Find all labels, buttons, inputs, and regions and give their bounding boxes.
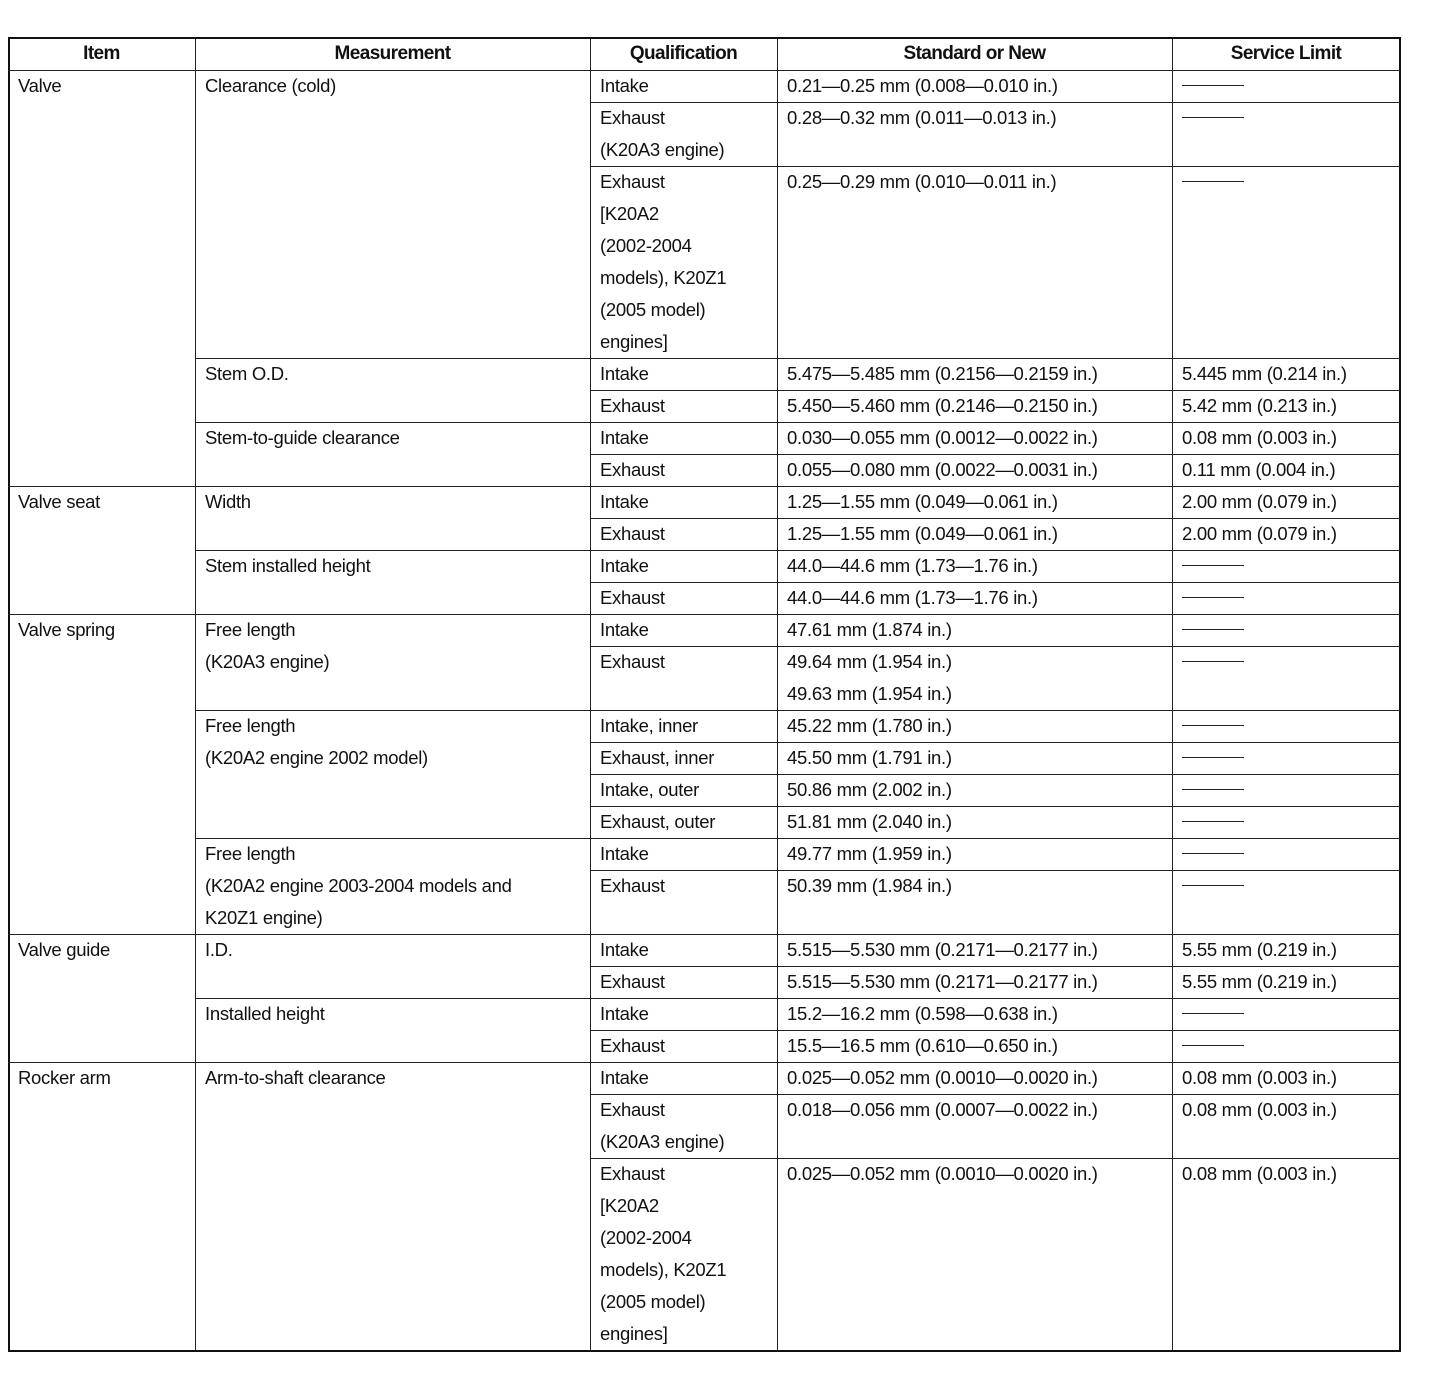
qualification-cell: Intake [590, 614, 777, 646]
qualification-cell: Exhaust [590, 518, 777, 550]
item-cell: Valve guide [8, 934, 195, 1062]
qualification-cell: Intake [590, 998, 777, 1030]
qualification-cell: Exhaust, inner [590, 742, 777, 774]
service-limit-cell [1172, 582, 1400, 614]
qualification-cell: Intake [590, 1062, 777, 1094]
qualification-cell: Intake [590, 422, 777, 454]
qualification-cell: Intake [590, 70, 777, 102]
standard-value-cell: 15.5—16.5 mm (0.610—0.650 in.) [777, 1030, 1172, 1062]
qualification-cell: Intake [590, 486, 777, 518]
service-limit-cell [1172, 742, 1400, 774]
measurement-cell: Clearance (cold) [195, 70, 590, 358]
qualification-cell: Exhaust, outer [590, 806, 777, 838]
header-qualification: Qualification [590, 39, 777, 70]
service-limit-cell [1172, 1030, 1400, 1062]
qualification-cell: Exhaust [590, 966, 777, 998]
standard-value-cell: 50.86 mm (2.002 in.) [777, 774, 1172, 806]
measurement-cell: Arm-to-shaft clearance [195, 1062, 590, 1350]
standard-value-cell: 0.025—0.052 mm (0.0010—0.0020 in.) [777, 1158, 1172, 1350]
standard-value-cell: 45.22 mm (1.780 in.) [777, 710, 1172, 742]
column-divider [777, 39, 778, 1350]
qualification-cell: Exhaust [590, 1030, 777, 1062]
no-limit-dash [1182, 725, 1244, 726]
measurement-cell: Free length (K20A2 engine 2002 model) [195, 710, 590, 838]
standard-value-cell: 15.2—16.2 mm (0.598—0.638 in.) [777, 998, 1172, 1030]
no-limit-dash [1182, 821, 1244, 822]
qualification-cell: Intake [590, 550, 777, 582]
service-limit-cell [1172, 998, 1400, 1030]
standard-value-cell: 45.50 mm (1.791 in.) [777, 742, 1172, 774]
measurement-cell: Stem installed height [195, 550, 590, 614]
item-cell: Valve seat [8, 486, 195, 614]
service-limit-cell: 0.08 mm (0.003 in.) [1172, 1062, 1400, 1094]
qualification-cell: Exhaust [590, 870, 777, 934]
measurement-cell: Installed height [195, 998, 590, 1062]
qualification-cell: Exhaust [590, 646, 777, 710]
specification-table: ItemMeasurementQualificationStandard or … [8, 37, 1401, 1352]
service-limit-cell [1172, 838, 1400, 870]
qualification-cell: Exhaust (K20A3 engine) [590, 1094, 777, 1158]
no-limit-dash [1182, 565, 1244, 566]
no-limit-dash [1182, 597, 1244, 598]
service-limit-cell [1172, 70, 1400, 102]
service-limit-cell [1172, 550, 1400, 582]
item-cell: Valve spring [8, 614, 195, 934]
no-limit-dash [1182, 1013, 1244, 1014]
service-limit-cell: 5.55 mm (0.219 in.) [1172, 934, 1400, 966]
measurement-cell: Free length (K20A2 engine 2003-2004 mode… [195, 838, 590, 934]
qualification-cell: Intake [590, 838, 777, 870]
service-limit-cell: 2.00 mm (0.079 in.) [1172, 518, 1400, 550]
header-item: Item [8, 39, 195, 70]
standard-value-cell: 44.0—44.6 mm (1.73—1.76 in.) [777, 582, 1172, 614]
standard-value-cell: 5.515—5.530 mm (0.2171—0.2177 in.) [777, 966, 1172, 998]
qualification-cell: Intake [590, 934, 777, 966]
qualification-cell: Exhaust [590, 454, 777, 486]
service-limit-cell: 0.08 mm (0.003 in.) [1172, 1094, 1400, 1158]
measurement-cell: I.D. [195, 934, 590, 998]
qualification-cell: Intake, inner [590, 710, 777, 742]
column-divider [590, 39, 591, 1350]
measurement-cell: Stem-to-guide clearance [195, 422, 590, 486]
qualification-cell: Exhaust [590, 390, 777, 422]
standard-value-cell: 49.64 mm (1.954 in.) 49.63 mm (1.954 in.… [777, 646, 1172, 710]
service-limit-cell [1172, 774, 1400, 806]
service-limit-cell [1172, 870, 1400, 934]
measurement-cell: Free length (K20A3 engine) [195, 614, 590, 710]
standard-value-cell: 5.475—5.485 mm (0.2156—0.2159 in.) [777, 358, 1172, 390]
measurement-cell: Width [195, 486, 590, 550]
standard-value-cell: 51.81 mm (2.040 in.) [777, 806, 1172, 838]
no-limit-dash [1182, 1045, 1244, 1046]
qualification-cell: Intake [590, 358, 777, 390]
service-limit-cell: 0.08 mm (0.003 in.) [1172, 422, 1400, 454]
qualification-cell: Exhaust [K20A2 (2002-2004 models), K20Z1… [590, 166, 777, 358]
service-limit-cell [1172, 166, 1400, 358]
standard-value-cell: 49.77 mm (1.959 in.) [777, 838, 1172, 870]
service-limit-cell [1172, 102, 1400, 166]
column-divider [195, 39, 196, 1350]
service-limit-cell [1172, 614, 1400, 646]
qualification-cell: Exhaust [590, 582, 777, 614]
qualification-cell: Exhaust (K20A3 engine) [590, 102, 777, 166]
standard-value-cell: 5.515—5.530 mm (0.2171—0.2177 in.) [777, 934, 1172, 966]
no-limit-dash [1182, 757, 1244, 758]
standard-value-cell: 0.25—0.29 mm (0.010—0.011 in.) [777, 166, 1172, 358]
service-limit-cell: 5.42 mm (0.213 in.) [1172, 390, 1400, 422]
qualification-cell: Exhaust [K20A2 (2002-2004 models), K20Z1… [590, 1158, 777, 1350]
no-limit-dash [1182, 853, 1244, 854]
service-limit-cell: 2.00 mm (0.079 in.) [1172, 486, 1400, 518]
no-limit-dash [1182, 85, 1244, 86]
no-limit-dash [1182, 181, 1244, 182]
no-limit-dash [1182, 789, 1244, 790]
standard-value-cell: 0.025—0.052 mm (0.0010—0.0020 in.) [777, 1062, 1172, 1094]
measurement-cell: Stem O.D. [195, 358, 590, 422]
no-limit-dash [1182, 117, 1244, 118]
service-limit-cell: 0.11 mm (0.004 in.) [1172, 454, 1400, 486]
header-service-limit: Service Limit [1172, 39, 1400, 70]
item-cell: Rocker arm [8, 1062, 195, 1350]
service-limit-cell [1172, 646, 1400, 710]
standard-value-cell: 0.21—0.25 mm (0.008—0.010 in.) [777, 70, 1172, 102]
standard-value-cell: 0.28—0.32 mm (0.011—0.013 in.) [777, 102, 1172, 166]
qualification-cell: Intake, outer [590, 774, 777, 806]
standard-value-cell: 0.055—0.080 mm (0.0022—0.0031 in.) [777, 454, 1172, 486]
service-limit-cell: 5.55 mm (0.219 in.) [1172, 966, 1400, 998]
column-divider [1172, 39, 1173, 1350]
standard-value-cell: 50.39 mm (1.984 in.) [777, 870, 1172, 934]
standard-value-cell: 1.25—1.55 mm (0.049—0.061 in.) [777, 486, 1172, 518]
header-measurement: Measurement [195, 39, 590, 70]
service-limit-cell [1172, 710, 1400, 742]
standard-value-cell: 1.25—1.55 mm (0.049—0.061 in.) [777, 518, 1172, 550]
service-limit-cell: 5.445 mm (0.214 in.) [1172, 358, 1400, 390]
item-cell: Valve [8, 70, 195, 486]
service-limit-cell [1172, 806, 1400, 838]
standard-value-cell: 44.0—44.6 mm (1.73—1.76 in.) [777, 550, 1172, 582]
no-limit-dash [1182, 629, 1244, 630]
standard-value-cell: 47.61 mm (1.874 in.) [777, 614, 1172, 646]
standard-value-cell: 5.450—5.460 mm (0.2146—0.2150 in.) [777, 390, 1172, 422]
standard-value-cell: 0.030—0.055 mm (0.0012—0.0022 in.) [777, 422, 1172, 454]
no-limit-dash [1182, 885, 1244, 886]
service-limit-cell: 0.08 mm (0.003 in.) [1172, 1158, 1400, 1350]
no-limit-dash [1182, 661, 1244, 662]
standard-value-cell: 0.018—0.056 mm (0.0007—0.0022 in.) [777, 1094, 1172, 1158]
header-standard: Standard or New [777, 39, 1172, 70]
